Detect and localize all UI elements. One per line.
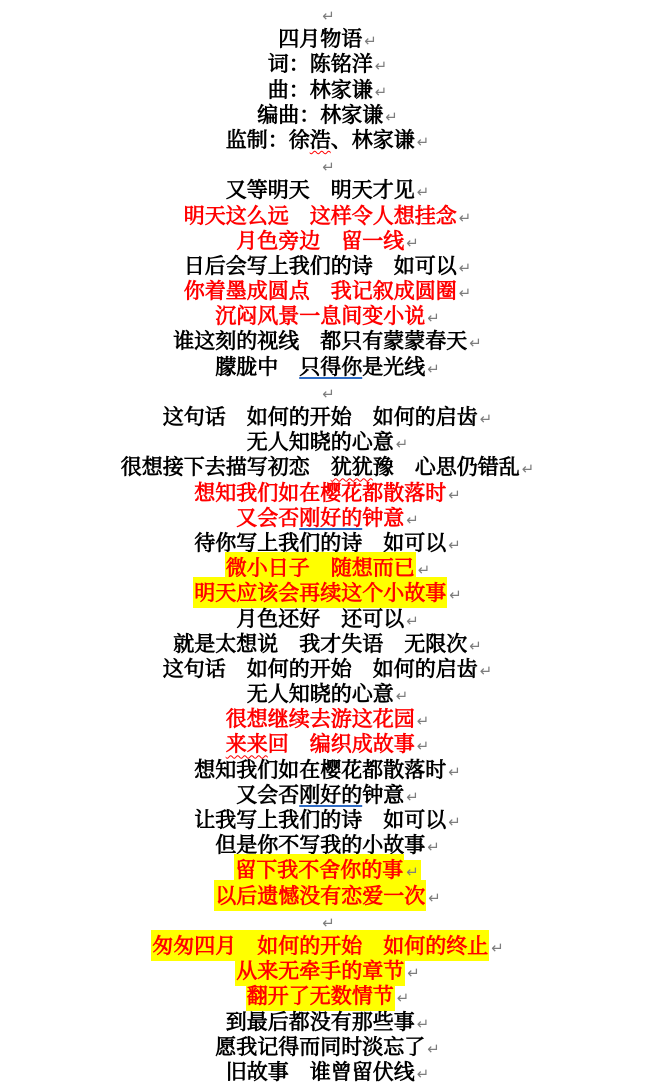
lyric-line: 很想继续去游这花园↵ <box>0 706 655 731</box>
lyric-line: ↵ <box>0 1 655 26</box>
paragraph-mark-icon: ↵ <box>457 209 472 227</box>
lyric-line: 想知我们如在樱花都散落时↵ <box>0 480 655 505</box>
lyric-line: 就是太想说 我才失语 无限次↵ <box>0 631 655 656</box>
paragraph-mark-icon: ↵ <box>425 838 440 856</box>
lyric-text-segment: 浩 <box>310 127 331 152</box>
lyric-text-segment: 编曲：林家谦 <box>257 102 383 127</box>
lyric-text-segment: 很想继续去游这花园 <box>226 706 415 731</box>
paragraph-mark-icon: ↵ <box>373 83 388 101</box>
lyric-line: 明天这么远 这样令人想挂念↵ <box>0 203 655 228</box>
lyric-text-segment: 就是太想说 我才失语 无限次 <box>173 631 467 656</box>
lyric-line: 又会否刚好的钟意↵ <box>0 782 655 807</box>
paragraph-mark-icon: ↵ <box>415 133 430 151</box>
paragraph-mark-icon: ↵ <box>404 612 419 630</box>
lyric-text-segment: 无人知晓的心意 <box>247 681 394 706</box>
lyric-line: 监制：徐浩、林家谦↵ <box>0 127 655 152</box>
lyric-text-segment: 监制：徐 <box>226 127 310 152</box>
lyric-line: 无人知晓的心意↵ <box>0 429 655 454</box>
paragraph-mark-icon: ↵ <box>457 284 472 302</box>
paragraph-mark-icon: ↵ <box>426 889 441 907</box>
lyric-line: 日后会写上我们的诗 如可以↵ <box>0 253 655 278</box>
lyric-line: 愿我记得而同时淡忘了↵ <box>0 1034 655 1059</box>
lyric-text-segment: 犹犹 <box>331 454 373 479</box>
lyric-text-segment: 很想接下去描写初恋 <box>121 454 331 479</box>
paragraph-mark-icon: ↵ <box>320 7 335 25</box>
lyric-text-segment: 月色旁边 留一线 <box>236 228 404 253</box>
lyric-line: 翻开了无数情节↵ <box>0 983 655 1008</box>
lyric-line: 旧故事 谁曾留伏线↵ <box>0 1059 655 1084</box>
lyric-text-segment: 这句话 如何的开始 如何的启齿 <box>163 656 478 681</box>
paragraph-mark-icon: ↵ <box>415 737 430 755</box>
lyric-text-segment: 翻开了无数情节 <box>246 980 395 1011</box>
paragraph-mark-icon: ↵ <box>395 989 410 1007</box>
lyric-line: 月色旁边 留一线↵ <box>0 228 655 253</box>
lyric-line: 又会否刚好的钟意↵ <box>0 505 655 530</box>
lyric-line: 无人知晓的心意↵ <box>0 681 655 706</box>
lyric-line: ↵ <box>0 379 655 404</box>
lyric-text-segment: 明天应该会再续这个小故事 <box>193 577 447 608</box>
lyric-text-segment: 刚好的 <box>299 782 362 807</box>
lyric-text-segment: 词：陈铭洋 <box>268 51 373 76</box>
lyric-text-segment: 只得你 <box>299 354 362 379</box>
lyric-text-segment: 四月物语 <box>278 26 362 51</box>
paragraph-mark-icon: ↵ <box>415 1015 430 1033</box>
lyric-line: ↵ <box>0 152 655 177</box>
lyric-line: 月色还好 还可以↵ <box>0 606 655 631</box>
paragraph-mark-icon: ↵ <box>467 637 482 655</box>
lyric-line: 想知我们如在樱花都散落时↵ <box>0 757 655 782</box>
lyric-text-segment: 回 编织成故事 <box>268 731 415 756</box>
paragraph-mark-icon: ↵ <box>425 1040 440 1058</box>
lyric-line: 很想接下去描写初恋 犹犹豫 心思仍错乱↵ <box>0 454 655 479</box>
paragraph-mark-icon: ↵ <box>457 259 472 277</box>
paragraph-mark-icon: ↵ <box>425 309 440 327</box>
paragraph-mark-icon: ↵ <box>415 712 430 730</box>
lyric-text-segment: 无人知晓的心意 <box>247 429 394 454</box>
document-page: ↵四月物语↵词：陈铭洋↵曲：林家谦↵编曲：林家谦↵监制：徐浩、林家谦↵↵又等明天… <box>0 0 655 1084</box>
lyric-line: 曲：林家谦↵ <box>0 77 655 102</box>
paragraph-mark-icon: ↵ <box>362 32 377 50</box>
lyric-line: 你着墨成圆点 我记叙成圆圈↵ <box>0 278 655 303</box>
paragraph-mark-icon: ↵ <box>405 964 420 982</box>
lyric-line: 让我写上我们的诗 如可以↵ <box>0 807 655 832</box>
lyric-text-segment: 这句话 如何的开始 如何的启齿 <box>163 404 478 429</box>
paragraph-mark-icon: ↵ <box>415 183 430 201</box>
lyric-line: 留下我不舍你的事↵ <box>0 857 655 882</box>
paragraph-mark-icon: ↵ <box>415 1065 430 1083</box>
lyric-line: 以后遗憾没有恋爱一次↵ <box>0 883 655 908</box>
lyric-text-segment: 豫 心思仍错乱 <box>373 454 520 479</box>
paragraph-mark-icon: ↵ <box>446 763 461 781</box>
paragraph-mark-icon: ↵ <box>446 486 461 504</box>
lyric-line: 明天应该会再续这个小故事↵ <box>0 580 655 605</box>
lyric-text-segment: 到最后都没有那些事 <box>226 1009 415 1034</box>
paragraph-mark-icon: ↵ <box>467 334 482 352</box>
lyric-line: 沉闷风景一息间变小说↵ <box>0 303 655 328</box>
lyric-line: 这句话 如何的开始 如何的启齿↵ <box>0 404 655 429</box>
paragraph-mark-icon: ↵ <box>383 108 398 126</box>
lyric-text-segment: 刚好的 <box>299 505 362 530</box>
lyric-text-segment: 曲：林家谦 <box>268 77 373 102</box>
lyric-line: 朦胧中 只得你是光线↵ <box>0 354 655 379</box>
paragraph-mark-icon: ↵ <box>446 813 461 831</box>
lyric-text-segment: 以后遗憾没有恋爱一次 <box>214 880 426 911</box>
paragraph-mark-icon: ↵ <box>520 460 535 478</box>
lyric-line: 又等明天 明天才见↵ <box>0 177 655 202</box>
lyric-line: 四月物语↵ <box>0 26 655 51</box>
paragraph-mark-icon: ↵ <box>320 385 335 403</box>
lyric-text-segment: 你着墨成圆点 我记叙成圆圈 <box>184 278 457 303</box>
lyric-text-segment: 朦胧中 <box>215 354 299 379</box>
paragraph-mark-icon: ↵ <box>394 687 409 705</box>
lyric-text-segment: 月色还好 还可以 <box>236 606 404 631</box>
lyric-text-segment: 来来 <box>226 731 268 756</box>
paragraph-mark-icon: ↵ <box>320 158 335 176</box>
lyric-text-segment: 沉闷风景一息间变小说 <box>215 303 425 328</box>
paragraph-mark-icon: ↵ <box>489 939 504 957</box>
lyric-text-segment: 让我写上我们的诗 如可以 <box>194 807 446 832</box>
lyric-text-segment: 又会否 <box>236 782 299 807</box>
lyric-line: 编曲：林家谦↵ <box>0 102 655 127</box>
paragraph-mark-icon: ↵ <box>404 234 419 252</box>
lyric-text-segment: 想知我们如在樱花都散落时 <box>194 480 446 505</box>
lyric-text-segment: 钟意 <box>362 505 404 530</box>
lyric-text-segment: 日后会写上我们的诗 如可以 <box>184 253 457 278</box>
lyric-text-segment: 、林家谦 <box>331 127 415 152</box>
lyric-text-segment: 又会否 <box>236 505 299 530</box>
paragraph-mark-icon: ↵ <box>373 57 388 75</box>
paragraph-mark-icon: ↵ <box>478 662 493 680</box>
lyric-text-segment: 想知我们如在樱花都散落时 <box>194 757 446 782</box>
paragraph-mark-icon: ↵ <box>425 360 440 378</box>
lyric-line: 来来回 编织成故事↵ <box>0 731 655 756</box>
paragraph-mark-icon: ↵ <box>447 586 462 604</box>
paragraph-mark-icon: ↵ <box>394 435 409 453</box>
paragraph-mark-icon: ↵ <box>404 788 419 806</box>
lyric-text-segment: 旧故事 谁曾留伏线 <box>226 1059 415 1084</box>
paragraph-mark-icon: ↵ <box>478 410 493 428</box>
lyric-text-segment: 钟意 <box>362 782 404 807</box>
lyric-text-segment: 明天这么远 这样令人想挂念 <box>184 203 457 228</box>
lyric-text-segment: 是光线 <box>362 354 425 379</box>
lyric-line: 到最后都没有那些事↵ <box>0 1009 655 1034</box>
paragraph-mark-icon: ↵ <box>404 511 419 529</box>
lyric-line: 谁这刻的视线 都只有蒙蒙春天↵ <box>0 328 655 353</box>
lyric-text-segment: 谁这刻的视线 都只有蒙蒙春天 <box>173 328 467 353</box>
lyric-text-segment: 愿我记得而同时淡忘了 <box>215 1034 425 1059</box>
lyric-line: 词：陈铭洋↵ <box>0 51 655 76</box>
lyric-text-segment: 又等明天 明天才见 <box>226 177 415 202</box>
lyric-line: 这句话 如何的开始 如何的启齿↵ <box>0 656 655 681</box>
paragraph-mark-icon: ↵ <box>446 536 461 554</box>
